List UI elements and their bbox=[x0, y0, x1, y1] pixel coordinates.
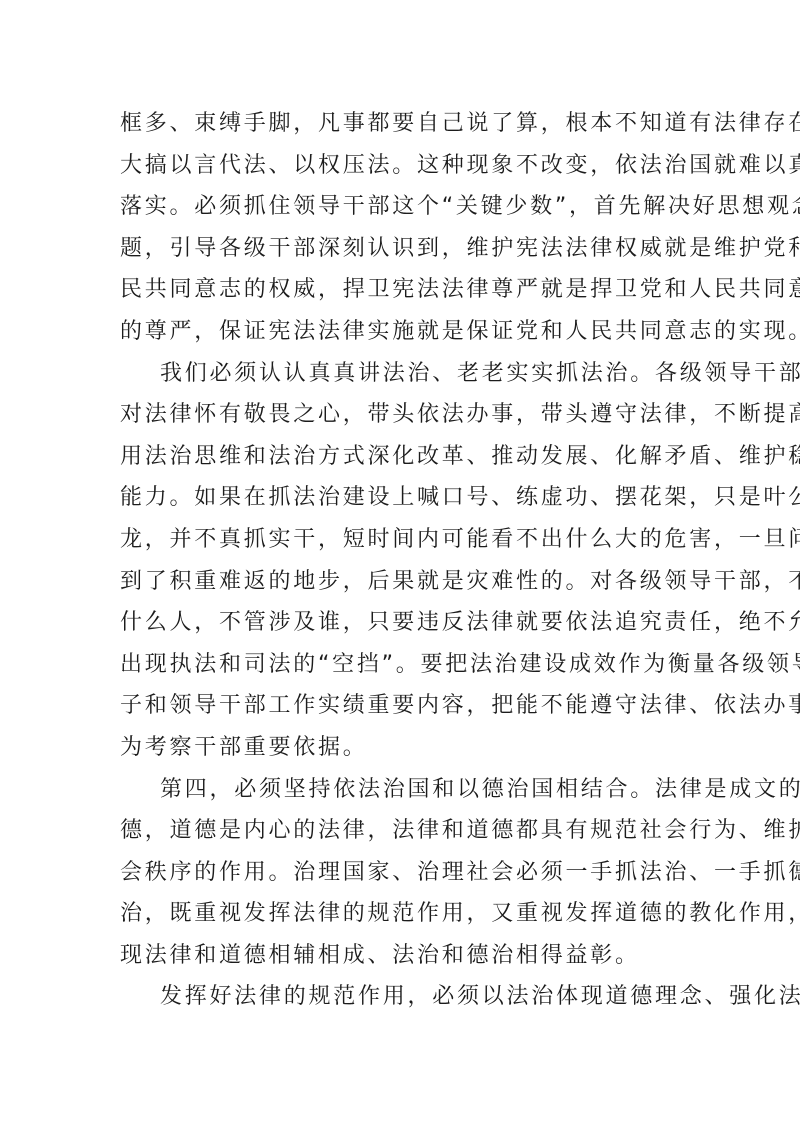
text-line: 用法治思维和法治方式深化改革、推动发展、化解矛盾、维护稳定 bbox=[120, 436, 668, 478]
text-line: 德，道德是内心的法律，法律和道德都具有规范社会行为、维护社 bbox=[120, 810, 668, 852]
text-line: 对法律怀有敬畏之心，带头依法办事，带头遵守法律，不断提高运 bbox=[120, 394, 668, 436]
text-line: 能力。如果在抓法治建设上喊口号、练虚功、摆花架，只是叶公好 bbox=[120, 477, 668, 519]
text-line: 子和领导干部工作实绩重要内容，把能不能遵守法律、依法办事作 bbox=[120, 685, 668, 727]
text-line: 框多、束缚手脚，凡事都要自己说了算，根本不知道有法律存在， bbox=[120, 103, 668, 145]
text-line: 到了积重难返的地步，后果就是灾难性的。对各级领导干部，不管 bbox=[120, 561, 668, 603]
text-line: 什么人，不管涉及谁，只要违反法律就要依法追究责任，绝不允许 bbox=[120, 602, 668, 644]
text-line: 龙，并不真抓实干，短时间内可能看不出什么大的危害，一旦问题 bbox=[120, 519, 668, 561]
text-line: 为考察干部重要依据。 bbox=[120, 727, 668, 769]
text-line: 治，既重视发挥法律的规范作用，又重视发挥道德的教化作用，实 bbox=[120, 893, 668, 935]
text-line: 会秩序的作用。治理国家、治理社会必须一手抓法治、一手抓德 bbox=[120, 852, 668, 894]
text-line: 题，引导各级干部深刻认识到，维护宪法法律权威就是维护党和人 bbox=[120, 228, 668, 270]
document-page: 框多、束缚手脚，凡事都要自己说了算，根本不知道有法律存在， 大搞以言代法、以权压… bbox=[120, 103, 668, 1018]
text-line: 发挥好法律的规范作用，必须以法治体现道德理念、强化法律 bbox=[120, 976, 668, 1018]
paragraph-normative-role-of-law: 发挥好法律的规范作用，必须以法治体现道德理念、强化法律 bbox=[120, 976, 668, 1018]
text-line: 第四，必须坚持依法治国和以德治国相结合。法律是成文的道 bbox=[120, 769, 668, 811]
text-line: 现法律和道德相辅相成、法治和德治相得益彰。 bbox=[120, 935, 668, 977]
text-line: 落实。必须抓住领导干部这个“关键少数”，首先解决好思想观念问 bbox=[120, 186, 668, 228]
paragraph-fourth-law-and-virtue: 第四，必须坚持依法治国和以德治国相结合。法律是成文的道 德，道德是内心的法律，法… bbox=[120, 769, 668, 977]
paragraph-earnest-rule-of-law: 我们必须认认真真讲法治、老老实实抓法治。各级领导干部要 对法律怀有敬畏之心，带头… bbox=[120, 353, 668, 769]
text-line: 我们必须认认真真讲法治、老老实实抓法治。各级领导干部要 bbox=[120, 353, 668, 395]
text-line: 大搞以言代法、以权压法。这种现象不改变，依法治国就难以真正 bbox=[120, 145, 668, 187]
text-line: 的尊严，保证宪法法律实施就是保证党和人民共同意志的实现。 bbox=[120, 311, 668, 353]
text-line: 出现执法和司法的“空挡”。要把法治建设成效作为衡量各级领导班 bbox=[120, 644, 668, 686]
text-line: 民共同意志的权威，捍卫宪法法律尊严就是捍卫党和人民共同意志 bbox=[120, 269, 668, 311]
paragraph-leadership-rule-of-law: 框多、束缚手脚，凡事都要自己说了算，根本不知道有法律存在， 大搞以言代法、以权压… bbox=[120, 103, 668, 353]
